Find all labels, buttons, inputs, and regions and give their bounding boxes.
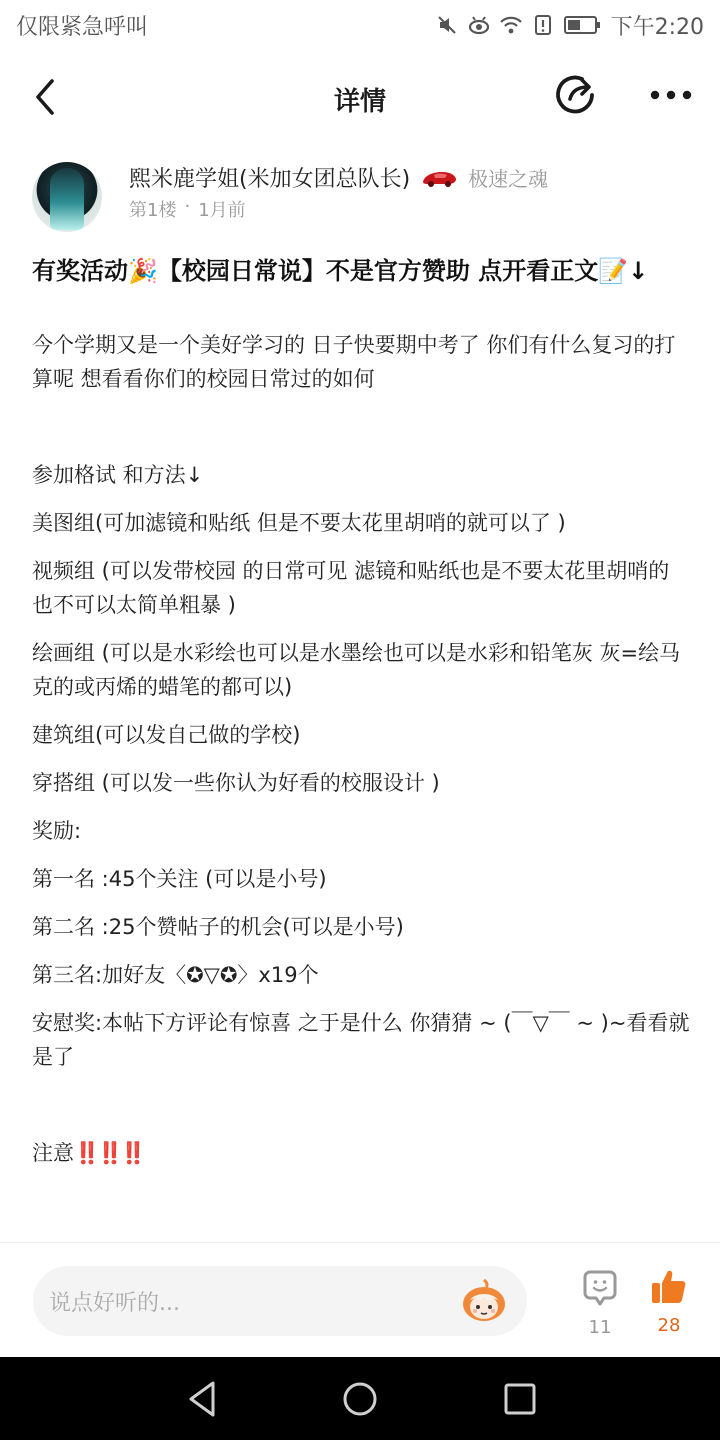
- nav-home-icon: [340, 1379, 380, 1419]
- like-button[interactable]: 28: [646, 1267, 692, 1339]
- floor-number: 第1楼: [129, 196, 176, 222]
- nav-back-button[interactable]: [183, 1379, 223, 1419]
- comment-bubble-icon: [582, 1269, 618, 1309]
- post-title: 有奖活动🎉【校园日常说】不是官方赞助 点开看正文📝↓: [32, 255, 690, 288]
- group-item: 绘画组 (可以是水彩绘也可以是水墨绘也可以是水彩和铅笔灰 灰=绘马克的或丙烯的蜡…: [32, 636, 690, 704]
- comment-button[interactable]: 11: [578, 1269, 622, 1339]
- notice-line: 注意‼️‼️‼️: [32, 1136, 690, 1170]
- group-item: 视频组 (可以发带校园 的日常可见 滤镜和贴纸也是不要太花里胡哨的也不可以太简单…: [32, 554, 690, 622]
- comment-input[interactable]: 说点好听的...: [33, 1266, 527, 1336]
- header: 详情: [0, 55, 720, 139]
- red-car-icon: [420, 167, 458, 189]
- nav-back-icon: [183, 1379, 223, 1419]
- badge-label: 极速之魂: [468, 163, 548, 192]
- author-row: 熙米鹿学姐(米加女团总队长) 极速之魂 第1楼 · 1月前: [32, 160, 700, 236]
- nav-home-button[interactable]: [340, 1379, 380, 1419]
- reward-item: 安慰奖:本帖下方评论有惊喜 之于是什么 你猜猜 ~ (￣▽￣ ~ )~看看就是了: [32, 1006, 690, 1074]
- more-dots-icon: [646, 77, 696, 113]
- emoji-mascot-icon[interactable]: [459, 1276, 509, 1326]
- system-nav-bar: [0, 1357, 720, 1440]
- page-title: 详情: [0, 81, 720, 118]
- avatar[interactable]: [32, 162, 102, 232]
- clock: 下午2:20: [611, 10, 704, 41]
- group-item: 建筑组(可以发自己做的学校): [32, 718, 690, 752]
- mute-icon: [435, 13, 459, 37]
- post-time: 1月前: [198, 196, 245, 222]
- reward-item: 第一名 :45个关注 (可以是小号): [32, 862, 690, 896]
- thumbs-up-icon: [649, 1267, 689, 1307]
- post-body: 今个学期又是一个美好学习的 日子快要期中考了 你们有什么复习的打算呢 想看看你们…: [32, 328, 690, 1170]
- author-name[interactable]: 熙米鹿学姐(米加女团总队长): [129, 162, 410, 193]
- nav-recents-icon: [500, 1379, 540, 1419]
- carrier-text: 仅限紧急呼叫: [16, 10, 148, 41]
- group-item: 美图组(可加滤镜和贴纸 但是不要太花里胡哨的就可以了 ): [32, 506, 690, 540]
- status-bar: 仅限紧急呼叫 下午2:20: [0, 0, 720, 50]
- status-icons: 下午2:20: [435, 10, 704, 41]
- comment-placeholder: 说点好听的...: [49, 1286, 180, 1317]
- nav-recents-button[interactable]: [500, 1379, 540, 1419]
- double-exclamation-icon: ‼️‼️‼️: [74, 1141, 143, 1165]
- author-name-row: 熙米鹿学姐(米加女团总队长) 极速之魂: [129, 162, 548, 193]
- reward-item: 第二名 :25个赞帖子的机会(可以是小号): [32, 910, 690, 944]
- eye-comfort-icon: [467, 13, 491, 37]
- more-button[interactable]: [646, 77, 696, 113]
- reward-item: 第三名:加好友〈✪▽✪〉x19个: [32, 958, 690, 992]
- share-icon: [552, 71, 600, 119]
- like-count: 28: [646, 1315, 692, 1336]
- battery-icon: [563, 13, 603, 37]
- sim-alert-icon: [531, 13, 555, 37]
- comment-bar: 说点好听的... 11 28: [0, 1242, 720, 1357]
- post-intro: 今个学期又是一个美好学习的 日子快要期中考了 你们有什么复习的打算呢 想看看你们…: [32, 328, 690, 396]
- notice-label: 注意: [32, 1141, 74, 1165]
- rewards-heading: 奖励:: [32, 814, 690, 848]
- meta-separator: ·: [184, 196, 190, 222]
- share-button[interactable]: [552, 71, 600, 119]
- wifi-icon: [499, 13, 523, 37]
- post-content: 有奖活动🎉【校园日常说】不是官方赞助 点开看正文📝↓ 今个学期又是一个美好学习的…: [32, 255, 690, 1170]
- author-meta: 第1楼 · 1月前: [129, 196, 246, 222]
- comment-count: 11: [578, 1317, 622, 1338]
- method-heading: 参加格试 和方法↓: [32, 458, 690, 492]
- group-item: 穿搭组 (可以发一些你认为好看的校服设计 ): [32, 766, 690, 800]
